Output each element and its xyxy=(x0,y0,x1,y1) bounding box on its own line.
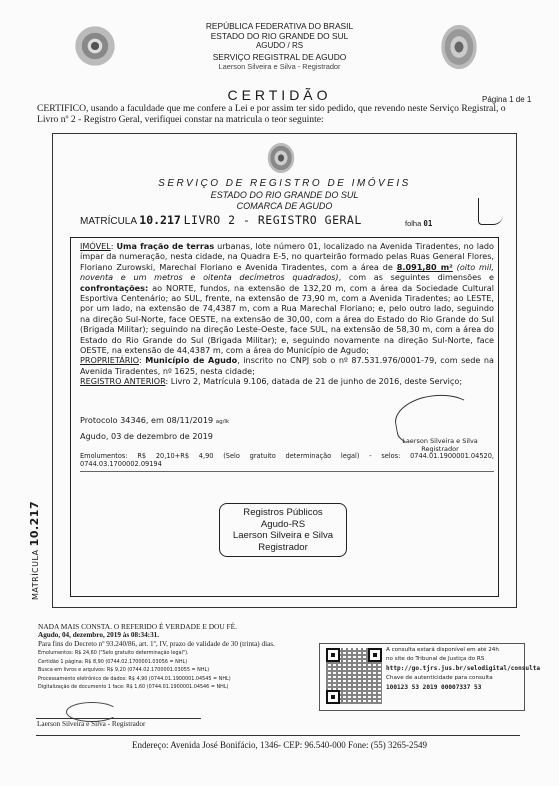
fee-line: Certidão 1 página: R$ 8,90 (0744.02.1700… xyxy=(38,658,338,667)
registry-service-title: SERVIÇO DE REGISTRO DE IMÓVEIS xyxy=(52,178,517,189)
fee-line: Digitalização de documento 1 face: R$ 1,… xyxy=(38,683,338,692)
header-line-registrar: Laerson Silveira e Silva - Registrador xyxy=(0,62,559,72)
fee-line: Emolumentos: R$ 24,60 ("Selo gratuito de… xyxy=(38,649,338,658)
stamp-line-1: Registros Públicos xyxy=(220,507,346,519)
handwritten-initial-icon xyxy=(478,198,503,225)
imovel-label: IMÓVEL xyxy=(80,241,111,251)
seal-line-4: Chave de autenticidade para consulta xyxy=(386,674,522,683)
decreto-note: Para fins do Decreto nº 93.240/86, art. … xyxy=(38,640,338,649)
record-body: IMÓVEL: Uma fração de terras urbanas, lo… xyxy=(80,241,494,387)
registry-stamp: Registros Públicos Agudo-RS Laerson Silv… xyxy=(219,503,347,557)
proprietario-label: PROPRIETÁRIO xyxy=(80,355,139,365)
certification-intro: CERTIFICO, usando a faculdade que me con… xyxy=(37,103,527,125)
qr-finder-icon xyxy=(326,648,340,662)
signature-label: Laerson Silveira e Silva - Registrador xyxy=(37,720,145,728)
header-line-republica: REPÚBLICA FEDERATIVA DO BRASIL xyxy=(0,21,559,31)
divider xyxy=(80,471,494,472)
digital-seal-text: A consulta estará disponível em até 24h … xyxy=(386,646,522,692)
folha: folha 01 xyxy=(405,219,432,228)
rio-grande-do-sul-coat-of-arms-icon xyxy=(266,141,296,175)
seal-line-2: no site do Tribunal de Justiça do RS xyxy=(386,655,522,664)
imovel-text-2: , com as seguintes dimensões e xyxy=(339,272,494,282)
matricula-number: 10.217 xyxy=(139,213,181,227)
imovel-text-3: ao NORTE, fundos, na extensão de 132,20 … xyxy=(80,283,494,355)
livro-label: LIVRO 2 - REGISTRO GERAL xyxy=(184,213,362,227)
header-line-service: SERVIÇO REGISTRAL DE AGUDO xyxy=(0,52,559,62)
nada-mais-consta: NADA MAIS CONSTA. O REFERIDO É VERDADE E… xyxy=(38,622,338,631)
imovel-lead: Uma fração de terras xyxy=(116,241,214,251)
side-matricula-label: MATRÍCULA 10.217 xyxy=(28,501,41,600)
issue-datetime: Agudo, 04, dezembro, 2019 às 08:34:31. xyxy=(38,631,338,640)
registro-anterior-text: : Livro 2, Matrícula 9.106, datada de 21… xyxy=(165,376,462,386)
signatory-block: Laerson Silveira e Silva Registrador xyxy=(380,437,500,453)
qr-finder-icon xyxy=(368,648,382,662)
protocolo: Protocolo 34346, em 08/11/2019 xyxy=(80,415,213,425)
emolumentos: Emolumentos: R$ 20,10+R$ 4,90 (Selo grat… xyxy=(80,452,494,468)
signature-line xyxy=(36,718,201,719)
place-date: Agudo, 03 de dezembro de 2019 xyxy=(80,431,213,441)
signature-icon xyxy=(66,702,118,722)
divider xyxy=(36,735,520,736)
registry-comarca: COMARCA DE AGUDO xyxy=(52,201,517,211)
seal-url-link[interactable]: http://go.tjrs.jus.br/selodigital/consul… xyxy=(386,664,522,673)
confrontacoes-label: confrontações: xyxy=(80,283,148,293)
folha-number: 01 xyxy=(423,219,432,228)
document-title: CERTIDÃO xyxy=(0,87,559,103)
registry-state: ESTADO DO RIO GRANDE DO SUL xyxy=(52,190,517,200)
stamp-line-4: Registrador xyxy=(220,542,346,554)
fee-line: Busca em livros e arquivos: R$ 9,20 (074… xyxy=(38,666,338,675)
header-line-city: AGUDO / RS xyxy=(0,41,559,51)
matricula-heading: MATRÍCULA 10.217 LIVRO 2 - REGISTRO GERA… xyxy=(80,213,362,227)
protocolo-initials: ag/lk xyxy=(216,419,229,425)
matricula-label: MATRÍCULA xyxy=(80,216,137,227)
proprietario-name: Município de Agudo xyxy=(145,355,237,365)
stamp-line-3: Laerson Silveira e Silva xyxy=(220,530,346,542)
folha-label: folha xyxy=(405,219,421,228)
seal-line-1: A consulta estará disponível em até 24h xyxy=(386,646,522,655)
seal-authenticity-code: 100123 53 2019 00007337 53 xyxy=(386,683,522,692)
side-label: MATRÍCULA xyxy=(31,549,40,600)
registro-anterior-label: REGISTRO ANTERIOR xyxy=(80,376,165,386)
stamp-line-2: Agudo-RS xyxy=(220,519,346,531)
fee-line: Processamento eletrônico de dados: R$ 4,… xyxy=(38,675,338,684)
area-value: 8.091,80 m² xyxy=(397,262,453,272)
protocolo-line: Protocolo 34346, em 08/11/2019 ag/lk xyxy=(80,415,229,425)
office-address: Endereço: Avenida José Bonifácio, 1346- … xyxy=(0,740,559,750)
header-line-estado: ESTADO DO RIO GRANDE DO SUL xyxy=(0,31,559,41)
proprietario-text: , inscrito no CNPJ sob o nº 87.531.976/0… xyxy=(80,355,494,375)
side-number: 10.217 xyxy=(28,501,41,546)
qr-finder-icon xyxy=(326,690,340,704)
signatory-name: Laerson Silveira e Silva xyxy=(380,437,500,445)
document-header: REPÚBLICA FEDERATIVA DO BRASIL ESTADO DO… xyxy=(0,21,559,72)
footer-certification: NADA MAIS CONSTA. O REFERIDO É VERDADE E… xyxy=(38,622,338,692)
